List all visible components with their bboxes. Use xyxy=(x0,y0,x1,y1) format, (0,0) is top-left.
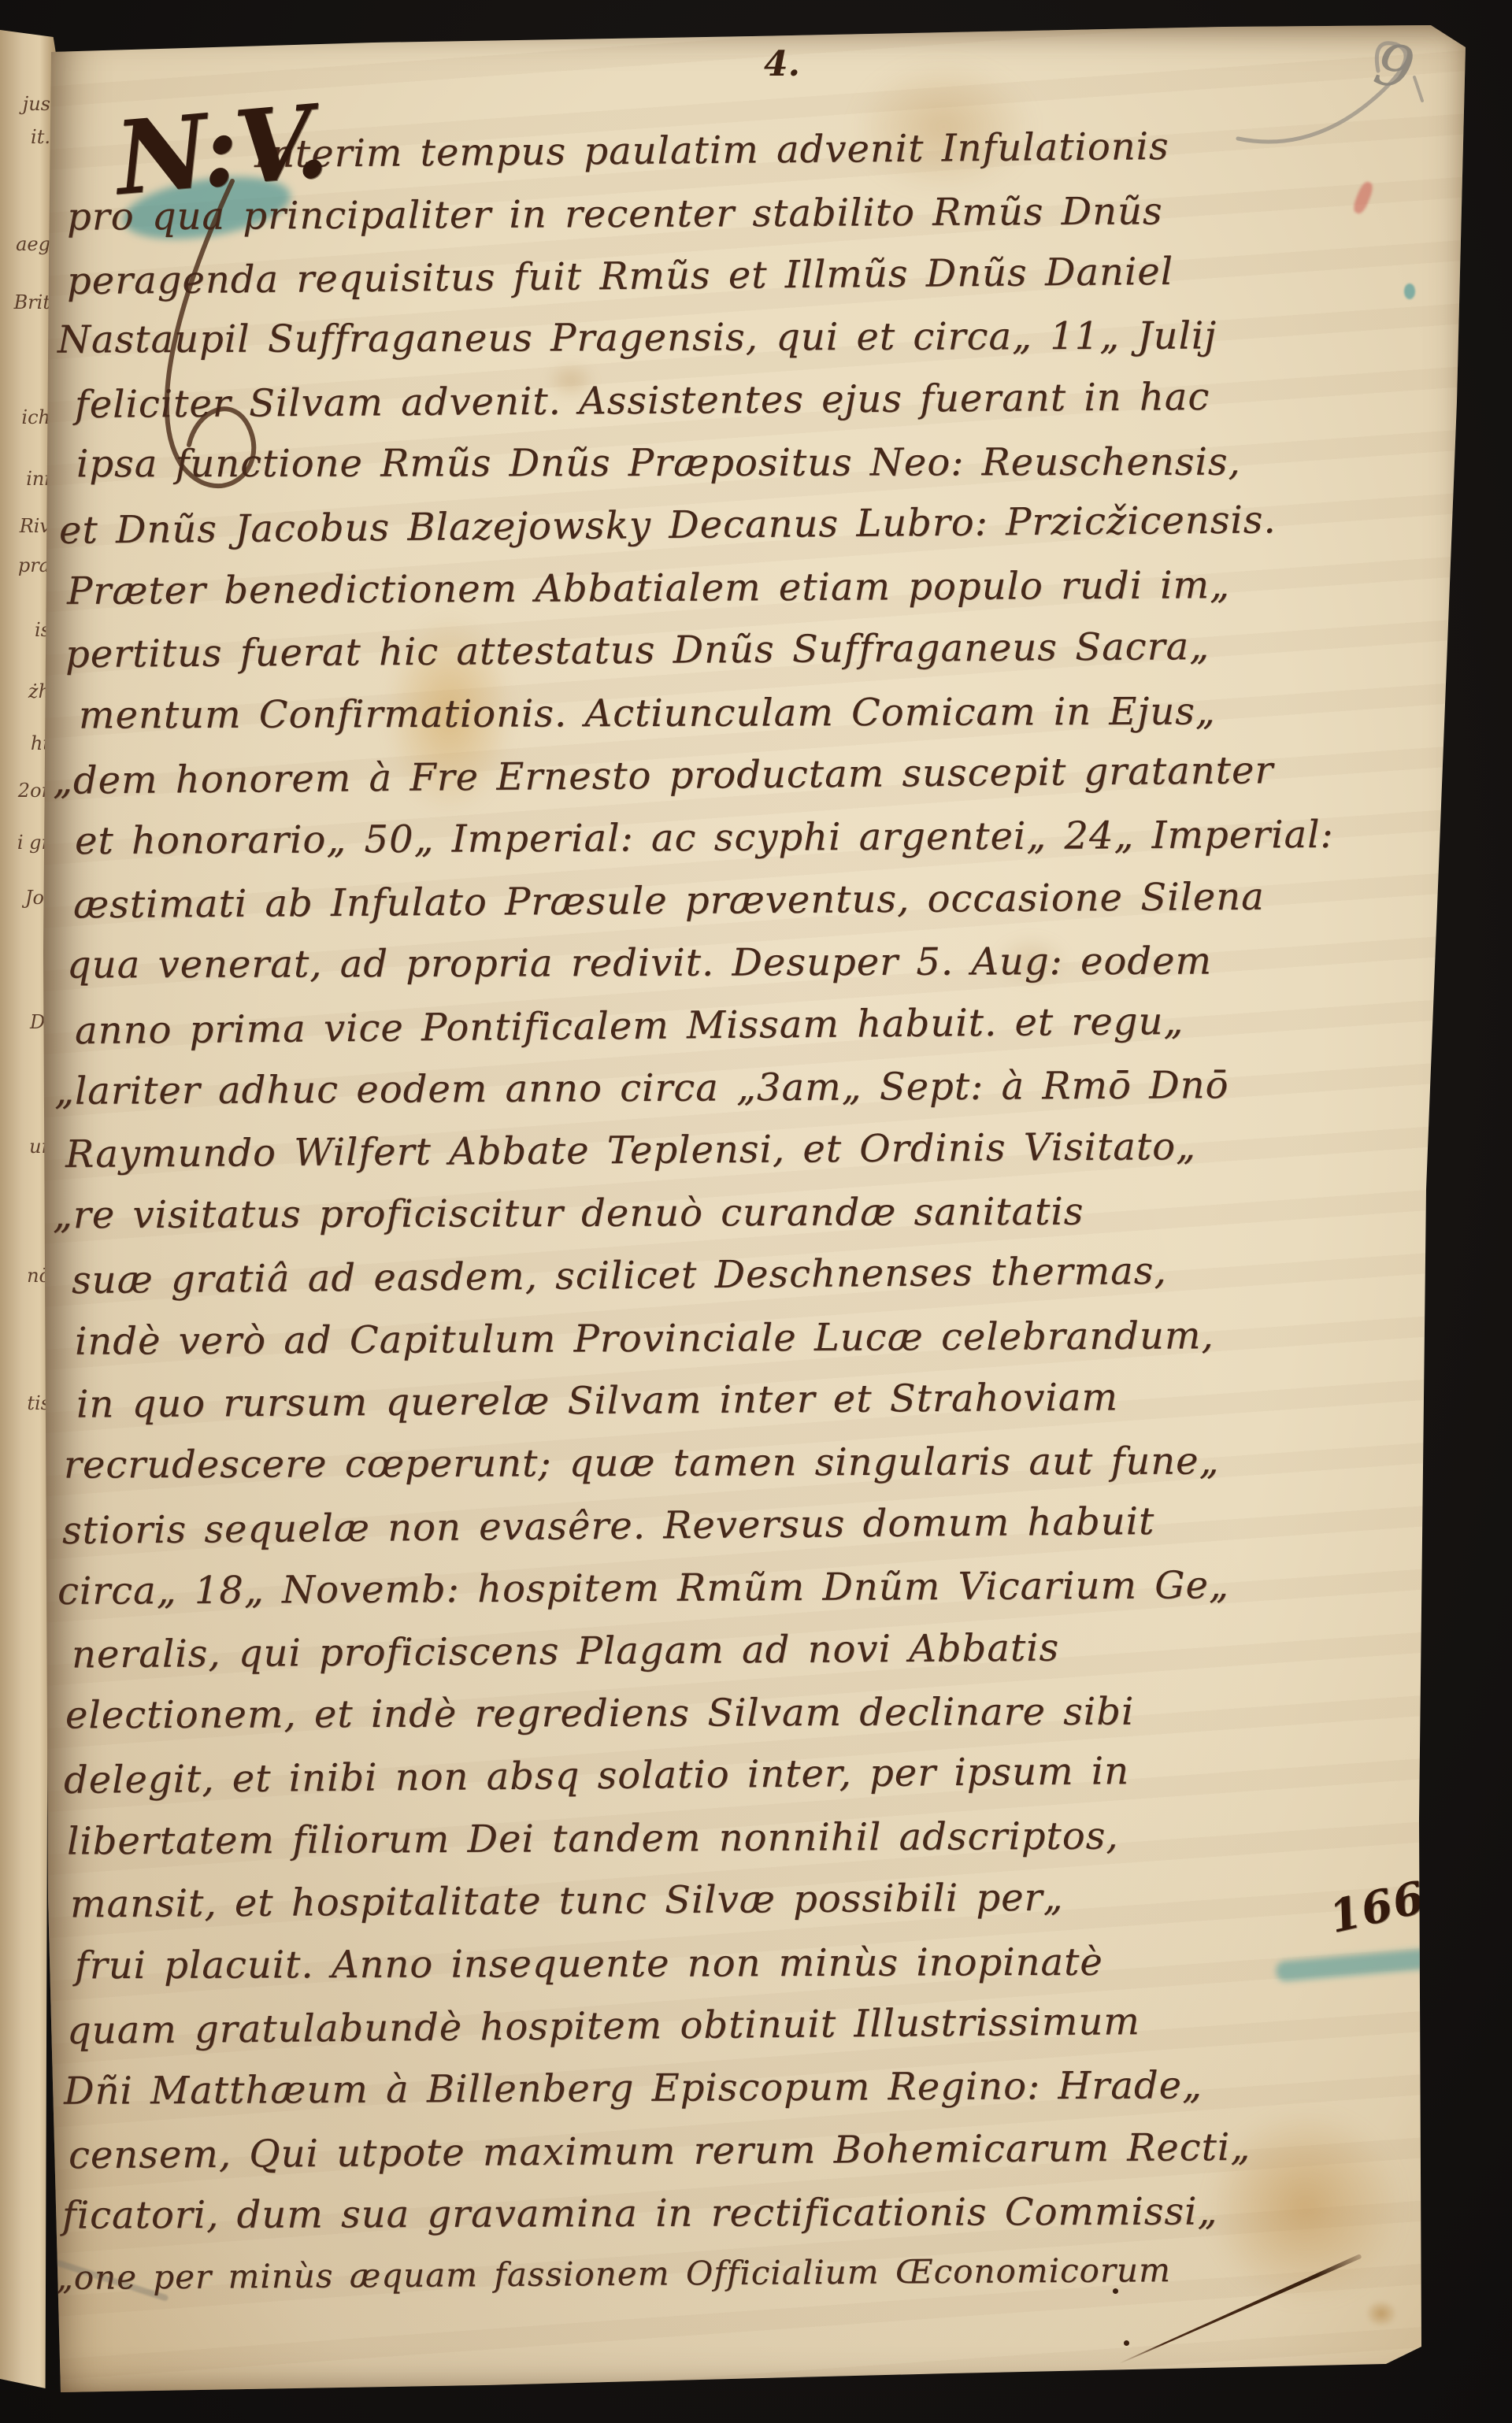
manuscript-line: „one per minùs æquam fassionem Officiali… xyxy=(56,2251,1171,2297)
edge-text-fragment: i gr xyxy=(3,832,50,854)
margin-year-note: 1666. xyxy=(1325,1860,1478,1943)
edge-text-fragment: pra xyxy=(3,554,50,576)
manuscript-line: „re visitatus proficiscitur denuò curand… xyxy=(53,1190,1084,1238)
teal-pigment-dot xyxy=(1404,283,1415,299)
manuscript-line: æstimati ab Infulato Præsule præventus, … xyxy=(73,875,1265,928)
manuscript-line: stioris sequelæ non evasêre. Reversus do… xyxy=(62,1499,1155,1553)
manuscript-line: qua venerat, ad propria redivit. Desuper… xyxy=(67,939,1212,987)
red-pigment-mark xyxy=(1351,180,1376,216)
edge-text-fragment: Brit xyxy=(3,291,50,313)
edge-text-fragment: 2or xyxy=(3,780,50,802)
manuscript-line: delegit, et inibi non absq solatio inter… xyxy=(64,1749,1130,1802)
edge-text-fragment: is xyxy=(3,619,50,641)
manuscript-page: 4. 9 N:V. Interim tempus paulatim adveni… xyxy=(43,24,1473,2402)
edge-text-fragment: Riv xyxy=(3,515,50,537)
edge-text-fragment: Jo: xyxy=(3,887,50,909)
manuscript-line: ipsa functione Rmũs Dnũs Præpositus Neo:… xyxy=(76,440,1241,487)
ink-dot xyxy=(1113,2288,1118,2294)
manuscript-line: censem, Qui utpote maximum rerum Bohemic… xyxy=(69,2125,1251,2177)
manuscript-line: suæ gratiâ ad easdem, scilicet Deschnens… xyxy=(72,1249,1167,1302)
edge-text-fragment: ur xyxy=(3,1136,50,1158)
edge-text-fragment: D. xyxy=(3,1011,50,1033)
manuscript-line: quam gratulabundè hospitem obtinuit Illu… xyxy=(67,1999,1140,2053)
folio-number: 4. xyxy=(764,44,800,84)
manuscript-line: „lariter adhuc eodem anno circa „3am„ Se… xyxy=(54,1063,1229,1113)
manuscript-line: circa„ 18„ Novemb: hospitem Rmũm Dnũm Vi… xyxy=(57,1563,1229,1613)
edge-text-fragment: ht xyxy=(3,732,50,754)
manuscript-line: pertitus fuerat hic attestatus Dnũs Suff… xyxy=(65,624,1210,676)
stain xyxy=(1366,2301,1396,2326)
manuscript-line: feliciter Silvam advenit. Assistentes ej… xyxy=(75,375,1210,427)
teal-underline xyxy=(1275,1941,1512,1982)
manuscript-line: in quo rursum querelæ Silvam inter et St… xyxy=(76,1375,1118,1426)
manuscript-line: electionem, et indè regrediens Silvam de… xyxy=(65,1690,1134,1738)
manuscript-line: Dñi Matthæum à Billenberg Episcopum Regi… xyxy=(64,2063,1203,2114)
edge-text-fragment: żh xyxy=(3,680,50,702)
ink-dot xyxy=(1124,2340,1129,2346)
photo-background: jus it. aeg Brit ich ini Riv pra is żh h… xyxy=(0,0,1512,2423)
chapter-initial: N:V. xyxy=(111,83,329,219)
manuscript-line: Raymundo Wilfert Abbate Teplensi, et Ord… xyxy=(65,1124,1196,1176)
edge-text-fragment: tis xyxy=(3,1392,50,1414)
manuscript-line: Interim tempus paulatim advenit Infulati… xyxy=(254,124,1169,176)
manuscript-line: neralis, qui proficiscens Plagam ad novi… xyxy=(72,1626,1060,1677)
edge-text-fragment: nō xyxy=(3,1265,50,1287)
edge-text-fragment: jus xyxy=(3,93,50,115)
edge-text-fragment: it. xyxy=(3,126,50,148)
manuscript-line: Præter benedictionem Abbatialem etiam po… xyxy=(67,563,1230,613)
manuscript-line: libertatem filiorum Dei tandem nonnihil … xyxy=(67,1814,1119,1864)
manuscript-line: mansit, et hospitalitate tunc Silvæ poss… xyxy=(70,1876,1064,1927)
manuscript-line: et honorario„ 50„ Imperial: ac scyphi ar… xyxy=(75,813,1334,863)
manuscript-line: frui placuit. Anno insequente non minùs … xyxy=(75,1940,1103,1988)
manuscript-line: recrudescere cœperunt; quæ tamen singula… xyxy=(64,1439,1220,1487)
edge-text-fragment: ich xyxy=(3,406,50,428)
pencil-flourish xyxy=(1228,30,1465,164)
manuscript-line: anno prima vice Pontificalem Missam habu… xyxy=(75,999,1184,1053)
manuscript-line: Nastaupil Suffraganeus Pragensis, qui et… xyxy=(57,313,1217,361)
edge-text-fragment: aeg xyxy=(3,233,50,255)
edge-text-fragment: ini xyxy=(3,468,50,490)
manuscript-line: peragenda requisitus fuit Rmũs et Illmũs… xyxy=(67,250,1174,303)
manuscript-line: indè verò ad Capitulum Provinciale Lucæ … xyxy=(75,1313,1214,1364)
manuscript-line: ficatori, dum sua gravamina in rectifica… xyxy=(62,2189,1218,2237)
manuscript-line: „dem honorem à Fre Ernesto productam sus… xyxy=(53,748,1274,803)
manuscript-line: mentum Confirmationis. Actiunculam Comic… xyxy=(79,689,1216,737)
